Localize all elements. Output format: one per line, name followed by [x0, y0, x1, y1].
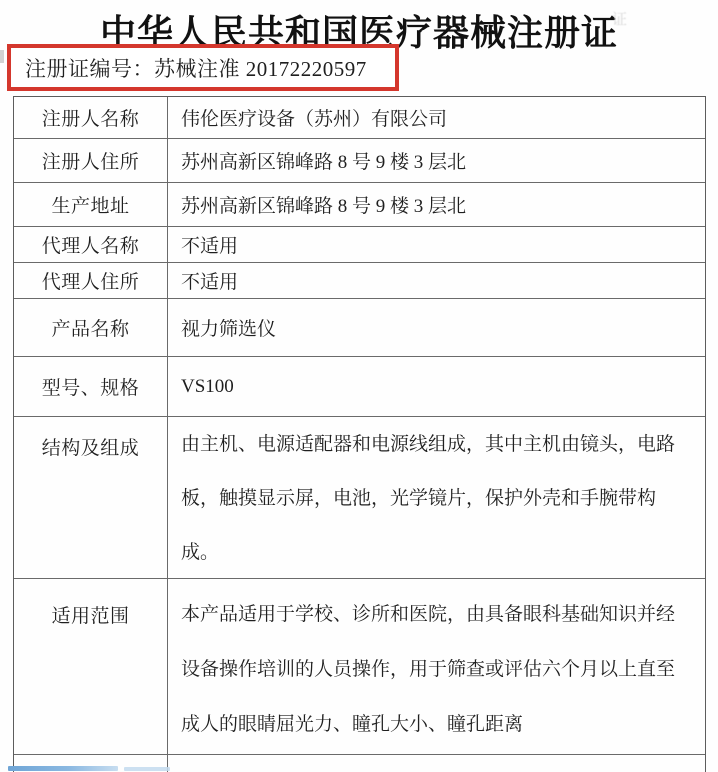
certificate-table: 注册人名称 伟伦医疗设备（苏州）有限公司 注册人住所 苏州高新区锦峰路 8 号 …: [13, 96, 706, 772]
row-label: 适用范围: [14, 579, 168, 754]
table-row-intended-use: 适用范围 本产品适用于学校、诊所和医院，由具备眼科基础知识并经设备操作培训的人员…: [14, 579, 705, 755]
row-value: 伟伦医疗设备（苏州）有限公司: [168, 97, 705, 138]
row-label: 结构及组成: [14, 417, 168, 578]
row-value: VS100: [168, 357, 705, 416]
row-value: 本产品适用于学校、诊所和医院，由具备眼科基础知识并经设备操作培训的人员操作，用于…: [168, 579, 705, 754]
row-value: 苏州高新区锦峰路 8 号 9 楼 3 层北: [168, 139, 705, 182]
certificate-page: 中华人民共和国医疗器械注册证 证 注册证编号：苏械注准 20172220597 …: [0, 0, 718, 772]
scan-edge-mark: [0, 50, 4, 63]
row-value: 不适用: [168, 263, 705, 298]
row-label: 代理人名称: [14, 227, 168, 262]
selection-highlight: [8, 766, 118, 771]
table-row-agent-name: 代理人名称 不适用: [14, 227, 705, 263]
table-row-registrant-name: 注册人名称 伟伦医疗设备（苏州）有限公司: [14, 97, 705, 139]
row-value-empty: [168, 755, 705, 772]
row-label: 生产地址: [14, 183, 168, 226]
row-label: 代理人住所: [14, 263, 168, 298]
row-value: 由主机、电源适配器和电源线组成，其中主机由镜头，电路板，触摸显示屏，电池，光学镜…: [168, 417, 705, 578]
table-row-registrant-address: 注册人住所 苏州高新区锦峰路 8 号 9 楼 3 层北: [14, 139, 705, 183]
row-label: 注册人住所: [14, 139, 168, 182]
table-row-model-spec: 型号、规格 VS100: [14, 357, 705, 417]
table-row-structure-composition: 结构及组成 由主机、电源适配器和电源线组成，其中主机由镜头，电路板，触摸显示屏，…: [14, 417, 705, 579]
row-label: 型号、规格: [14, 357, 168, 416]
row-label: 产品名称: [14, 299, 168, 356]
registration-number-value: 苏械注准 20172220597: [154, 53, 367, 83]
registration-number-highlight-box: 注册证编号：苏械注准 20172220597: [7, 44, 399, 91]
table-row-production-address: 生产地址 苏州高新区锦峰路 8 号 9 楼 3 层北: [14, 183, 705, 227]
scan-ghost-mark: 证: [612, 8, 628, 24]
row-value: 视力筛选仪: [168, 299, 705, 356]
row-value: 苏州高新区锦峰路 8 号 9 楼 3 层北: [168, 183, 705, 226]
selection-highlight-secondary: [124, 767, 170, 771]
row-label: 注册人名称: [14, 97, 168, 138]
table-row-agent-address: 代理人住所 不适用: [14, 263, 705, 299]
registration-number-label: 注册证编号：: [25, 53, 154, 83]
row-value: 不适用: [168, 227, 705, 262]
table-row-product-name: 产品名称 视力筛选仪: [14, 299, 705, 357]
